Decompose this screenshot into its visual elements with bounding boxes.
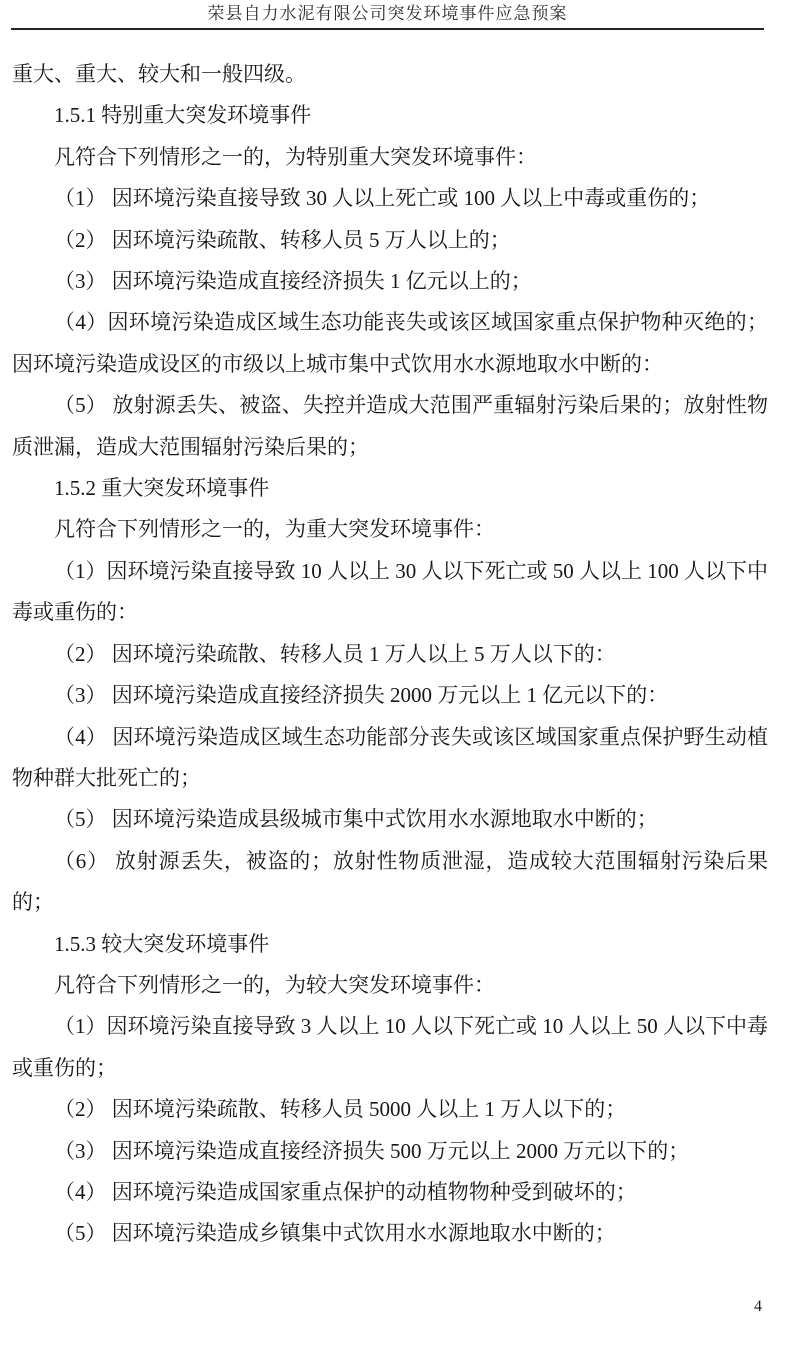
paragraph: 凡符合下列情形之一的，为特别重大突发环境事件： <box>12 137 768 178</box>
list-item: （2） 因环境污染疏散、转移人员 5000 人以上 1 万人以下的； <box>12 1089 768 1130</box>
header-title: 荣县自力水泥有限公司突发环境事件应急预案 <box>11 3 764 24</box>
paragraph: 凡符合下列情形之一的，为较大突发环境事件： <box>12 965 768 1006</box>
page-header: 荣县自力水泥有限公司突发环境事件应急预案 <box>11 0 764 30</box>
section-heading-1-5-1: 1.5.1 特别重大突发环境事件 <box>12 95 768 136</box>
section-heading-1-5-3: 1.5.3 较大突发环境事件 <box>12 924 768 965</box>
document-page: { "header": { "title": "荣县自力水泥有限公司突发环境事件… <box>0 0 800 1351</box>
list-item: （4） 因环境污染造成区域生态功能部分丧失或该区域国家重点保护野生动植物种群大批… <box>12 717 768 800</box>
section-heading-1-5-2: 1.5.2 重大突发环境事件 <box>12 468 768 509</box>
list-item: （3） 因环境污染造成直接经济损失 500 万元以上 2000 万元以下的； <box>12 1131 768 1172</box>
paragraph: 重大、重大、较大和一般四级。 <box>12 54 768 95</box>
document-body: 重大、重大、较大和一般四级。 1.5.1 特别重大突发环境事件 凡符合下列情形之… <box>12 54 768 1255</box>
list-item: （2） 因环境污染疏散、转移人员 1 万人以上 5 万人以下的： <box>12 634 768 675</box>
list-item: （3） 因环境污染造成直接经济损失 2000 万元以上 1 亿元以下的： <box>12 675 768 716</box>
list-item: （1） 因环境污染直接导致 30 人以上死亡或 100 人以上中毒或重伤的； <box>12 178 768 219</box>
list-item: （5） 因环境污染造成县级城市集中式饮用水水源地取水中断的； <box>12 799 768 840</box>
list-item: （1）因环境污染直接导致 3 人以上 10 人以下死亡或 10 人以上 50 人… <box>12 1006 768 1089</box>
list-item: （1）因环境污染直接导致 10 人以上 30 人以下死亡或 50 人以上 100… <box>12 551 768 634</box>
page-number: 4 <box>754 1298 762 1316</box>
list-item: （5） 放射源丢失、被盗、失控并造成大范围严重辐射污染后果的；放射性物质泄漏，造… <box>12 385 768 468</box>
list-item: （6） 放射源丢失，被盗的；放射性物质泄湿，造成较大范围辐射污染后果的； <box>12 841 768 924</box>
list-item: （4） 因环境污染造成国家重点保护的动植物物种受到破坏的； <box>12 1172 768 1213</box>
list-item: （3） 因环境污染造成直接经济损失 1 亿元以上的； <box>12 261 768 302</box>
list-item: （4）因环境污染造成区域生态功能丧失或该区域国家重点保护物种灭绝的；因环境污染造… <box>12 302 768 385</box>
list-item: （2） 因环境污染疏散、转移人员 5 万人以上的； <box>12 220 768 261</box>
paragraph: 凡符合下列情形之一的，为重大突发环境事件： <box>12 509 768 550</box>
list-item: （5） 因环境污染造成乡镇集中式饮用水水源地取水中断的； <box>12 1213 768 1254</box>
